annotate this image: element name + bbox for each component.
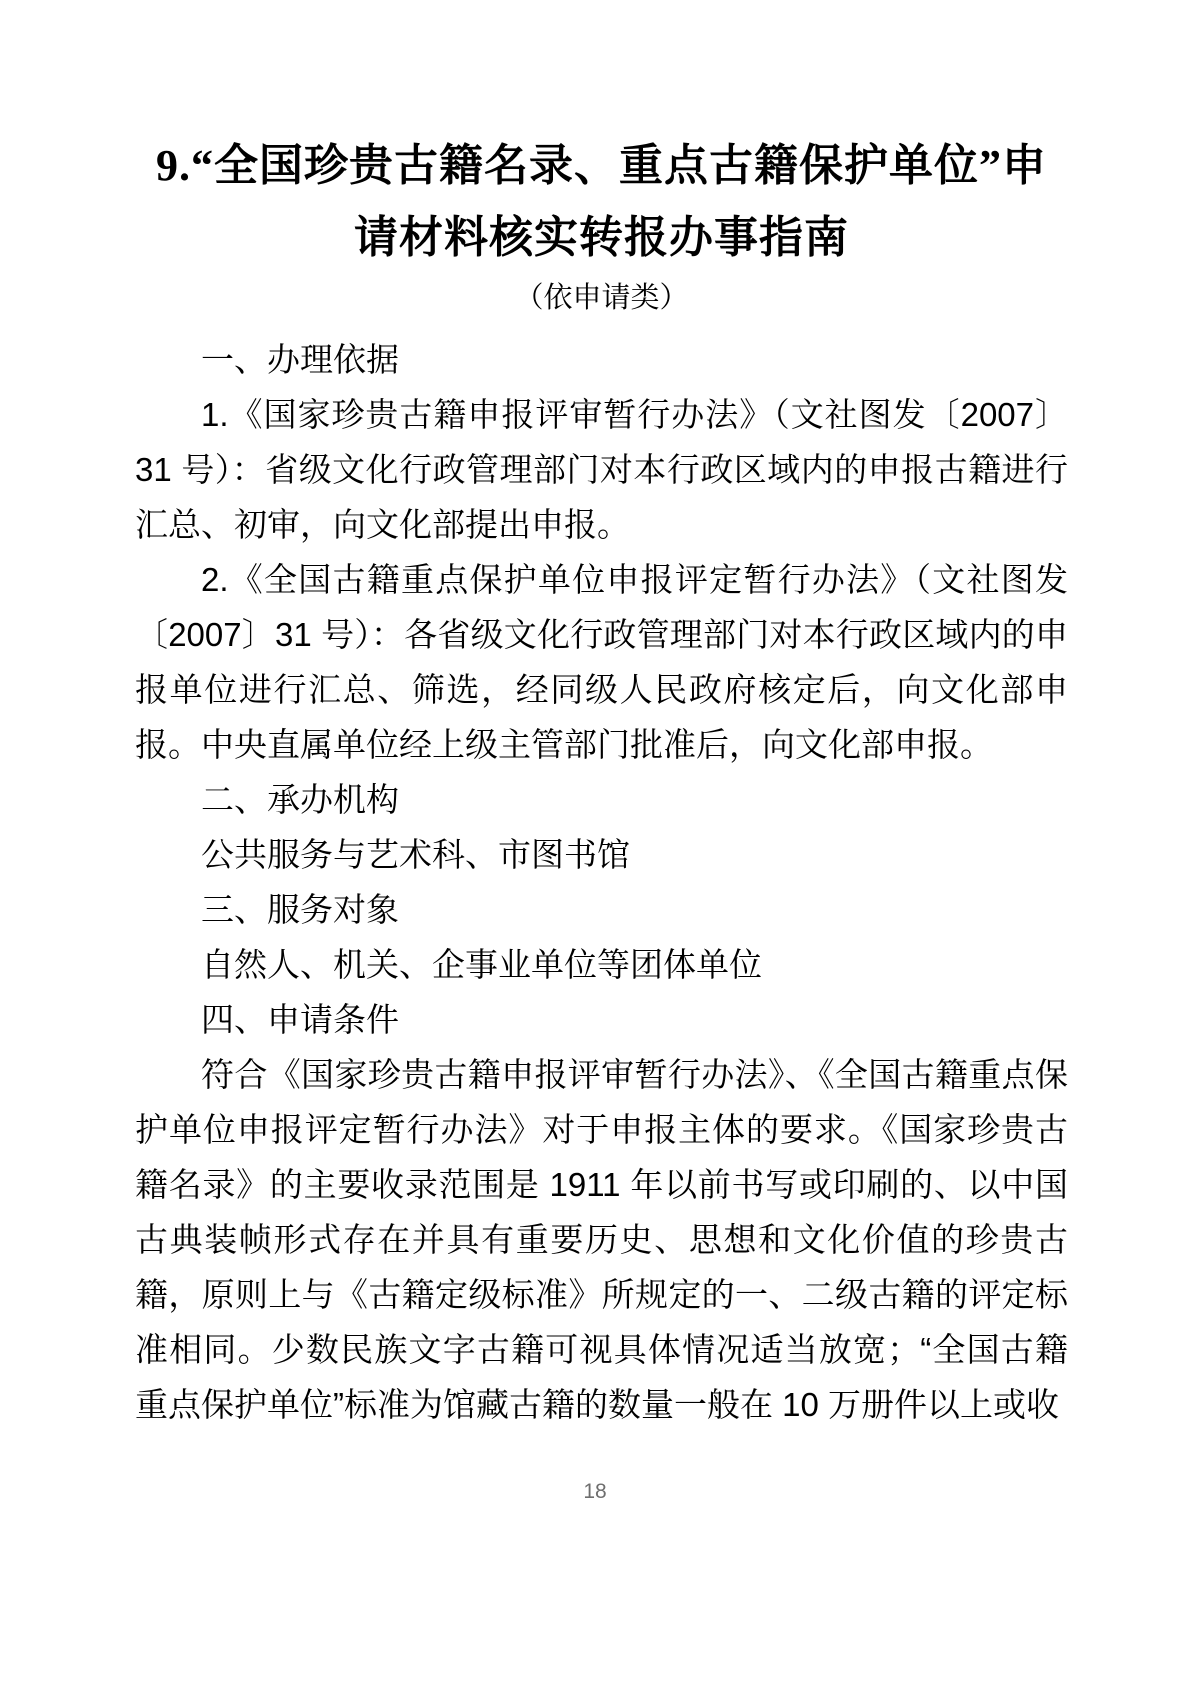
document-body: 一、办理依据 1.《国家珍贵古籍申报评审暂行办法》（文社图发〔2007〕31 号… [135, 332, 1068, 1432]
section-heading-1: 一、办理依据 [135, 332, 1068, 387]
document-subtitle: （依申请类） [135, 276, 1068, 320]
title-line-2: 请材料核实转报办事指南 [135, 202, 1068, 274]
paragraph: 2.《全国古籍重点保护单位申报评定暂行办法》（文社图发〔2007〕31 号）：各… [135, 552, 1068, 772]
document-content: 9.“全国珍贵古籍名录、重点古籍保护单位”申 请材料核实转报办事指南 （依申请类… [135, 130, 1068, 1432]
document-title: 9.“全国珍贵古籍名录、重点古籍保护单位”申 请材料核实转报办事指南 [135, 130, 1068, 274]
section-heading-4: 四、申请条件 [135, 992, 1068, 1047]
section-heading-2: 二、承办机构 [135, 772, 1068, 827]
paragraph: 符合《国家珍贵古籍申报评审暂行办法》、《全国古籍重点保护单位申报评定暂行办法》对… [135, 1047, 1068, 1432]
paragraph: 1.《国家珍贵古籍申报评审暂行办法》（文社图发〔2007〕31 号）：省级文化行… [135, 387, 1068, 552]
page-number: 18 [0, 1478, 1190, 1506]
document-page: 9.“全国珍贵古籍名录、重点古籍保护单位”申 请材料核实转报办事指南 （依申请类… [0, 0, 1190, 1683]
paragraph: 公共服务与艺术科、市图书馆 [135, 827, 1068, 882]
title-line-1: 9.“全国珍贵古籍名录、重点古籍保护单位”申 [135, 130, 1068, 202]
section-heading-3: 三、服务对象 [135, 882, 1068, 937]
paragraph: 自然人、机关、企事业单位等团体单位 [135, 937, 1068, 992]
